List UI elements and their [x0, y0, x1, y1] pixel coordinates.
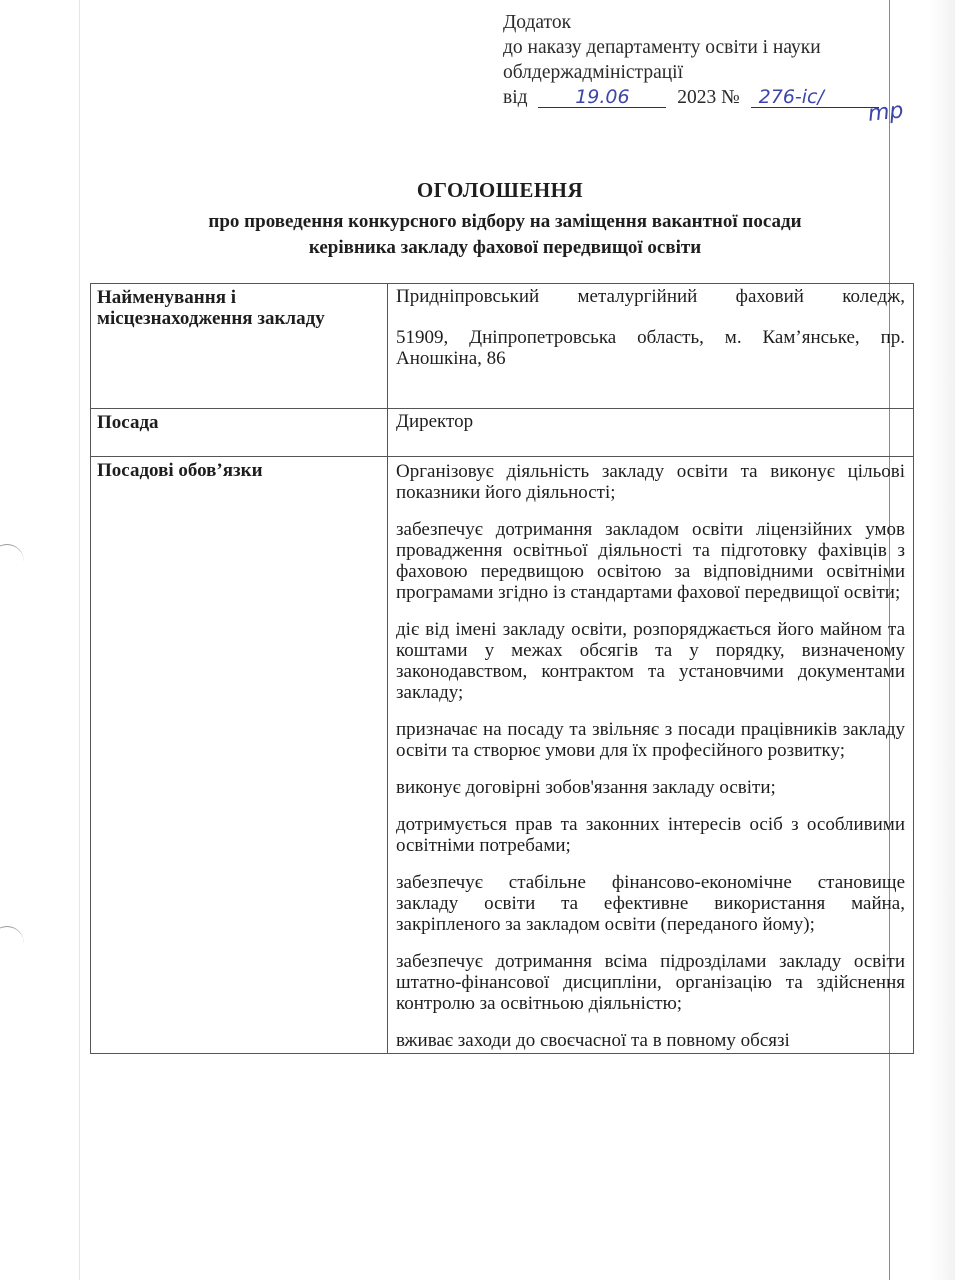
order-year: 2023 №: [677, 87, 739, 108]
announcement-table: Найменування і місцезнаходження закладу …: [90, 283, 914, 1054]
duty-item: вживає заходи до своєчасної та в повному…: [396, 1024, 905, 1053]
date-prefix: від: [503, 87, 528, 108]
value-duties: Організовує діяльність закладу освіти та…: [388, 457, 914, 1054]
table-row-institution: Найменування і місцезнаходження закладу …: [91, 284, 914, 409]
duty-item: виконує договірні зобов'язання закладу о…: [396, 771, 905, 808]
punch-hole-mark: [0, 926, 24, 961]
subtitle-line-2: керівника закладу фахової передвищої осв…: [0, 235, 955, 261]
handwritten-number-tail: mp: [867, 98, 905, 127]
label-duties: Посадові обов’язки: [91, 457, 388, 1054]
duty-item: забезпечує стабільне фінансово-економічн…: [396, 866, 905, 945]
appendix-authority: облдержадміністрації: [503, 60, 879, 85]
announcement-subtitle: про проведення конкурсного відбору на за…: [0, 209, 955, 261]
duty-item: забезпечує дотримання всіма підрозділами…: [396, 945, 905, 1024]
appendix-date-line: від 19.06 2023 № 276-іс/: [503, 85, 879, 110]
announcement-title: ОГОЛОШЕННЯ: [0, 178, 955, 203]
appendix-header: Додаток до наказу департаменту освіти і …: [503, 10, 879, 110]
institution-address: 51909, Дніпропетровська область, м. Кам’…: [396, 327, 905, 369]
appendix-title: Додаток: [503, 10, 879, 35]
duty-item: дотримується прав та законних інтересів …: [396, 808, 905, 866]
handwritten-order-number: 276-іс/: [751, 87, 879, 108]
value-position: Директор: [388, 409, 914, 457]
table-row-duties: Посадові обов’язки Організовує діяльніст…: [91, 457, 914, 1054]
duty-item: забезпечує дотримання закладом освіти лі…: [396, 513, 905, 613]
duty-item: призначає на посаду та звільняє з посади…: [396, 713, 905, 771]
label-position: Посада: [91, 409, 388, 457]
appendix-order-ref: до наказу департаменту освіти і науки: [503, 35, 879, 60]
table-row-position: Посада Директор: [91, 409, 914, 457]
subtitle-line-1: про проведення конкурсного відбору на за…: [0, 209, 955, 235]
punch-hole-mark: [0, 544, 24, 579]
handwritten-date: 19.06: [538, 87, 666, 108]
value-institution: Придніпровський металургійний фаховий ко…: [388, 284, 914, 409]
label-institution: Найменування і місцезнаходження закладу: [91, 284, 388, 409]
duty-item: Організовує діяльність закладу освіти та…: [396, 459, 905, 513]
duty-item: діє від імені закладу освіти, розпоряджа…: [396, 613, 905, 713]
institution-name: Придніпровський металургійний фаховий ко…: [396, 286, 905, 307]
